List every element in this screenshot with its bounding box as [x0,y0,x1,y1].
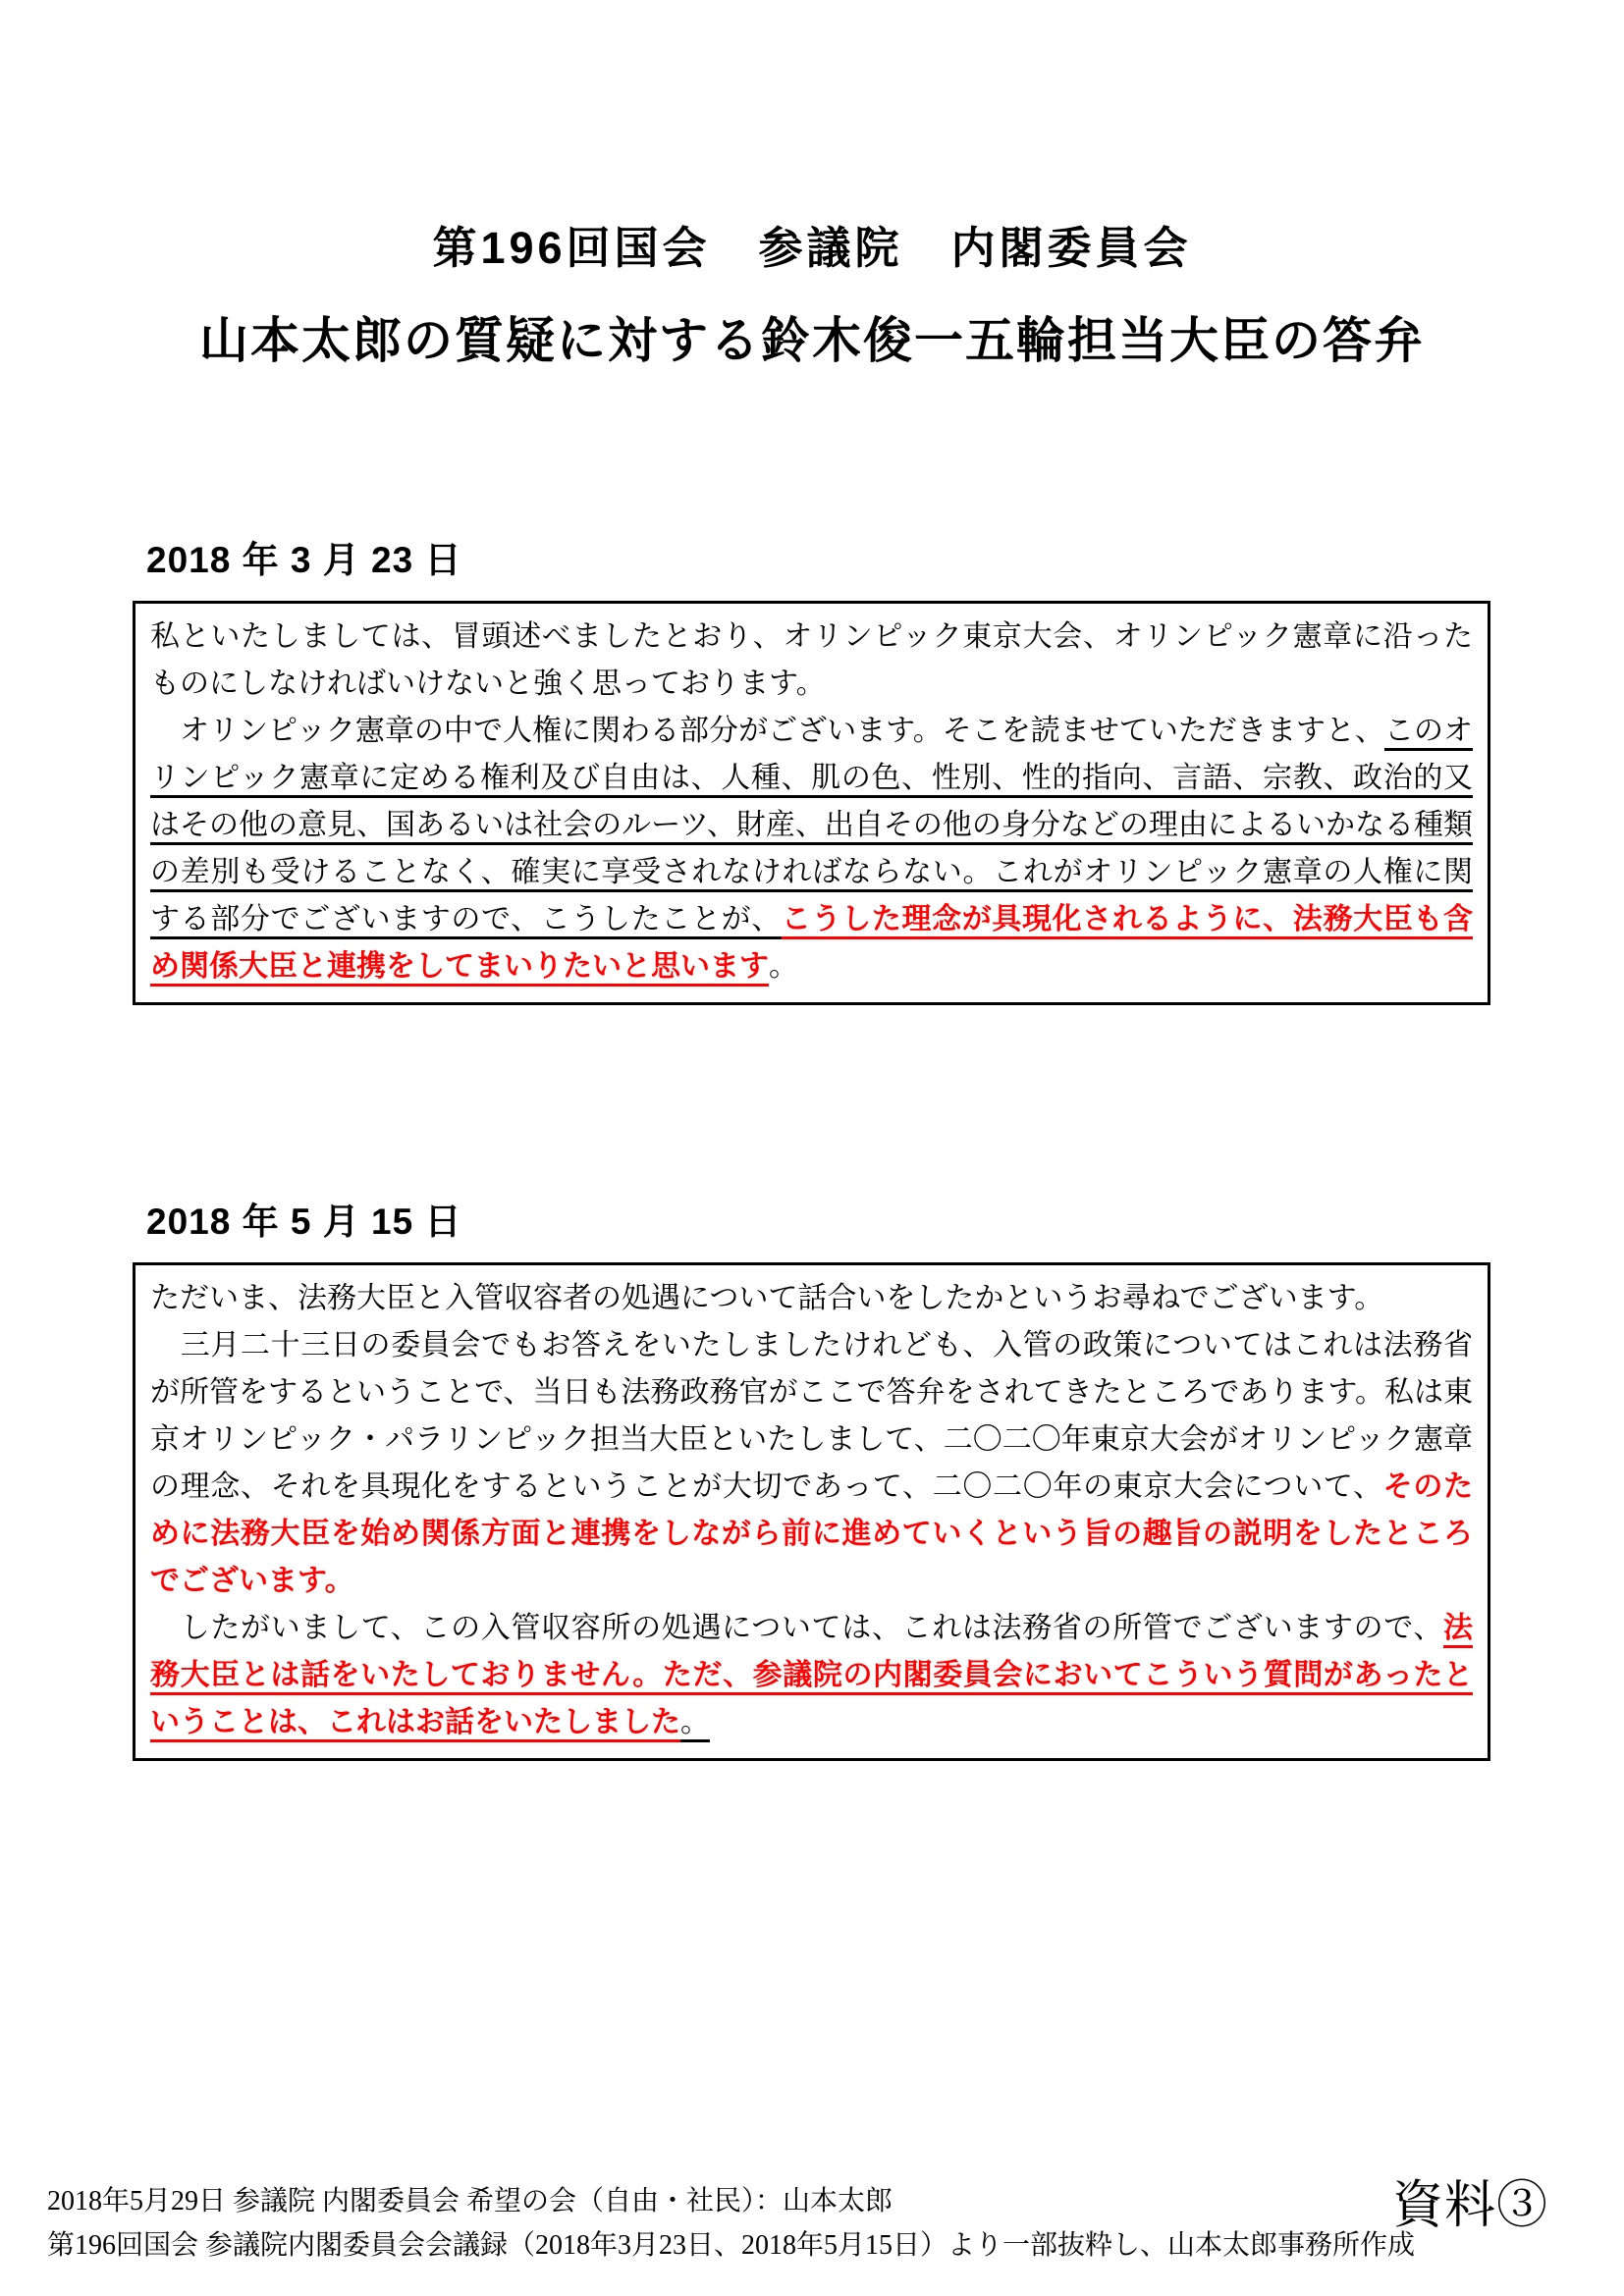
answer-text-box: ただいま、法務大臣と入管収容者の処遇について話合いをしたかというお尋ねでございま… [133,1262,1490,1761]
text-segment-normal: したがいまして、この入管収容所の処遇については、これは法務省の所管でございますの… [150,1612,1443,1644]
sections-container: 2018 年 3 月 23 日私といたしましては、冒頭述べましたとおり、オリンピ… [133,530,1490,1761]
footer-line-2: 第196回国会 参議院内閣委員会会議録（2018年3月23日、2018年5月15… [47,2223,1415,2268]
text-segment-normal: 。 [769,950,798,983]
date-heading: 2018 年 3 月 23 日 [146,530,1490,583]
text-segment-underline: 。 [680,1706,710,1738]
text-segment-normal: ただいま、法務大臣と入管収容者の処遇について話合いをしたかというお尋ねでございま… [150,1282,1383,1314]
text-segment-normal: オリンピック憲章の中で人権に関わる部分がございます。そこを読ませていただきますと… [150,715,1384,747]
page-title: 第196回国会 参議院 内閣委員会 [0,0,1624,273]
paragraph: したがいまして、この入管収容所の処遇については、これは法務省の所管でございますの… [150,1605,1473,1746]
text-segment-normal: 三月二十三日の委員会でもお答えをいたしましたけれども、入管の政策についてはこれは… [150,1329,1473,1503]
page-subtitle: 山本太郎の質疑に対する鈴木俊一五輪担当大臣の答弁 [0,314,1624,368]
section-1: 2018 年 3 月 23 日私といたしましては、冒頭述べましたとおり、オリンピ… [133,530,1490,1005]
document-page: 第196回国会 参議院 内閣委員会 山本太郎の質疑に対する鈴木俊一五輪担当大臣の… [0,0,1624,2296]
answer-text-box: 私といたしましては、冒頭述べましたとおり、オリンピック東京大会、オリンピック憲章… [133,601,1490,1005]
paragraph: 三月二十三日の委員会でもお答えをいたしましたけれども、入管の政策についてはこれは… [150,1322,1473,1605]
paragraph: ただいま、法務大臣と入管収容者の処遇について話合いをしたかというお尋ねでございま… [150,1275,1473,1322]
footer: 2018年5月29日 参議院 内閣委員会 希望の会（自由・社民）：山本太郎 第1… [47,2179,1415,2268]
footer-line-1: 2018年5月29日 参議院 内閣委員会 希望の会（自由・社民）：山本太郎 [47,2179,1415,2223]
paragraph: オリンピック憲章の中で人権に関わる部分がございます。そこを読ませていただきますと… [150,708,1473,990]
paragraph: 私といたしましては、冒頭述べましたとおり、オリンピック東京大会、オリンピック憲章… [150,614,1473,708]
date-heading: 2018 年 5 月 15 日 [146,1192,1490,1245]
section-2: 2018 年 5 月 15 日ただいま、法務大臣と入管収容者の処遇について話合い… [133,1192,1490,1761]
text-segment-normal: 私といたしましては、冒頭述べましたとおり、オリンピック東京大会、オリンピック憲章… [150,620,1473,700]
doc-label: 資料③ [1392,2163,1548,2237]
